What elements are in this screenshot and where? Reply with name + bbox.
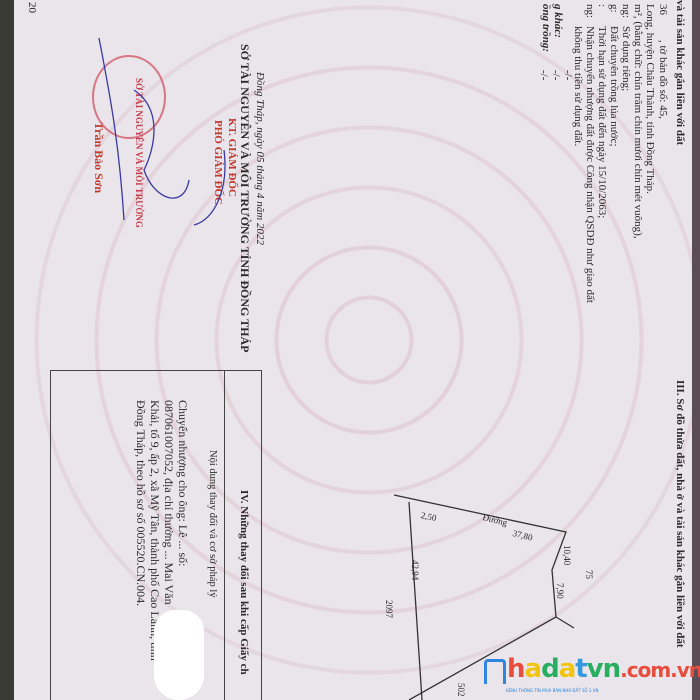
land-purpose-line: Đất chuyên trồng lúa nước; bbox=[608, 26, 620, 147]
signature-scribble bbox=[94, 30, 234, 230]
page-number: 20 bbox=[26, 2, 38, 13]
section-ii-heading-tail: và tài sản khác gắn liền với đất bbox=[674, 0, 686, 145]
house-icon bbox=[484, 659, 506, 684]
origin-line: Nhận chuyển nhượng đất được Công nhận QS… bbox=[584, 26, 596, 303]
watermark-tagline: KÊNH THÔNG TIN MUA BÁN NHÀ ĐẤT SỐ 1 VN bbox=[506, 688, 598, 693]
line-label: g: bbox=[608, 4, 620, 13]
section-iii-heading: III. Sơ đồ thửa đất, nhà ở và tài sản kh… bbox=[674, 380, 686, 648]
changes-table-divider bbox=[224, 370, 261, 700]
other-row-value: -/- bbox=[538, 70, 550, 80]
address-line: Long, huyện Châu Thành, tỉnh Đồng Tháp. bbox=[644, 4, 656, 194]
other-row-value: -/- bbox=[550, 70, 562, 80]
line-label: ng: bbox=[584, 4, 596, 18]
change-line: Đồng Tháp, theo hồ sơ số 005520.CN.004. bbox=[133, 400, 148, 606]
redaction-blot bbox=[154, 610, 204, 700]
issuing-agency: SỞ TÀI NGUYÊN VÀ MÔI TRƯỜNG TỈNH ĐỒNG TH… bbox=[237, 44, 252, 353]
map-sheet-line: , tờ bản đồ số: 45, bbox=[657, 40, 669, 119]
change-line: 087061007052, địa chỉ thường ... Mai Văn bbox=[161, 400, 176, 605]
changes-column-header: Nội dung thay đổi và cơ sở pháp lý bbox=[207, 450, 218, 598]
certificate-paper: 20 và tài sản khác gắn liền với đất 36 ,… bbox=[14, 0, 700, 700]
other-row-value: -/- bbox=[562, 70, 574, 80]
line-label: ng: bbox=[620, 4, 632, 18]
map-label-neighbor-left: 2097 bbox=[384, 600, 394, 618]
map-label-left: 42,94 bbox=[410, 560, 420, 580]
other-row-label: g khác: bbox=[552, 4, 564, 38]
map-label-right-2: 7,90 bbox=[555, 583, 565, 599]
paper-edge bbox=[692, 0, 700, 700]
usage-form-line: Sử dụng riêng; bbox=[620, 26, 632, 91]
map-label-neighbor-bottom: 502 bbox=[456, 683, 466, 697]
area-line: m², (bằng chữ: chín trăm chín mươi chín … bbox=[632, 4, 644, 239]
place-date: Đồng Tháp, ngày 05 tháng 4 năm 2022 bbox=[254, 72, 266, 245]
map-label-neighbor-right: 75 bbox=[584, 570, 594, 579]
map-label-right-1: 10,40 bbox=[562, 545, 572, 565]
origin-line-cont: không thu tiền sử dụng đất. bbox=[572, 26, 584, 146]
other-row-label: ồng trồng: bbox=[540, 4, 552, 52]
usage-term-line: Thời hạn sử dụng đất đến ngày 15/10/2063… bbox=[596, 26, 608, 218]
line-label: 36 bbox=[657, 4, 669, 15]
line-label: : bbox=[596, 4, 608, 7]
watermark-logo: hadatvn.com.vn bbox=[484, 654, 700, 684]
change-line: Chuyển nhượng cho ông: Lê ... số: bbox=[175, 400, 190, 567]
